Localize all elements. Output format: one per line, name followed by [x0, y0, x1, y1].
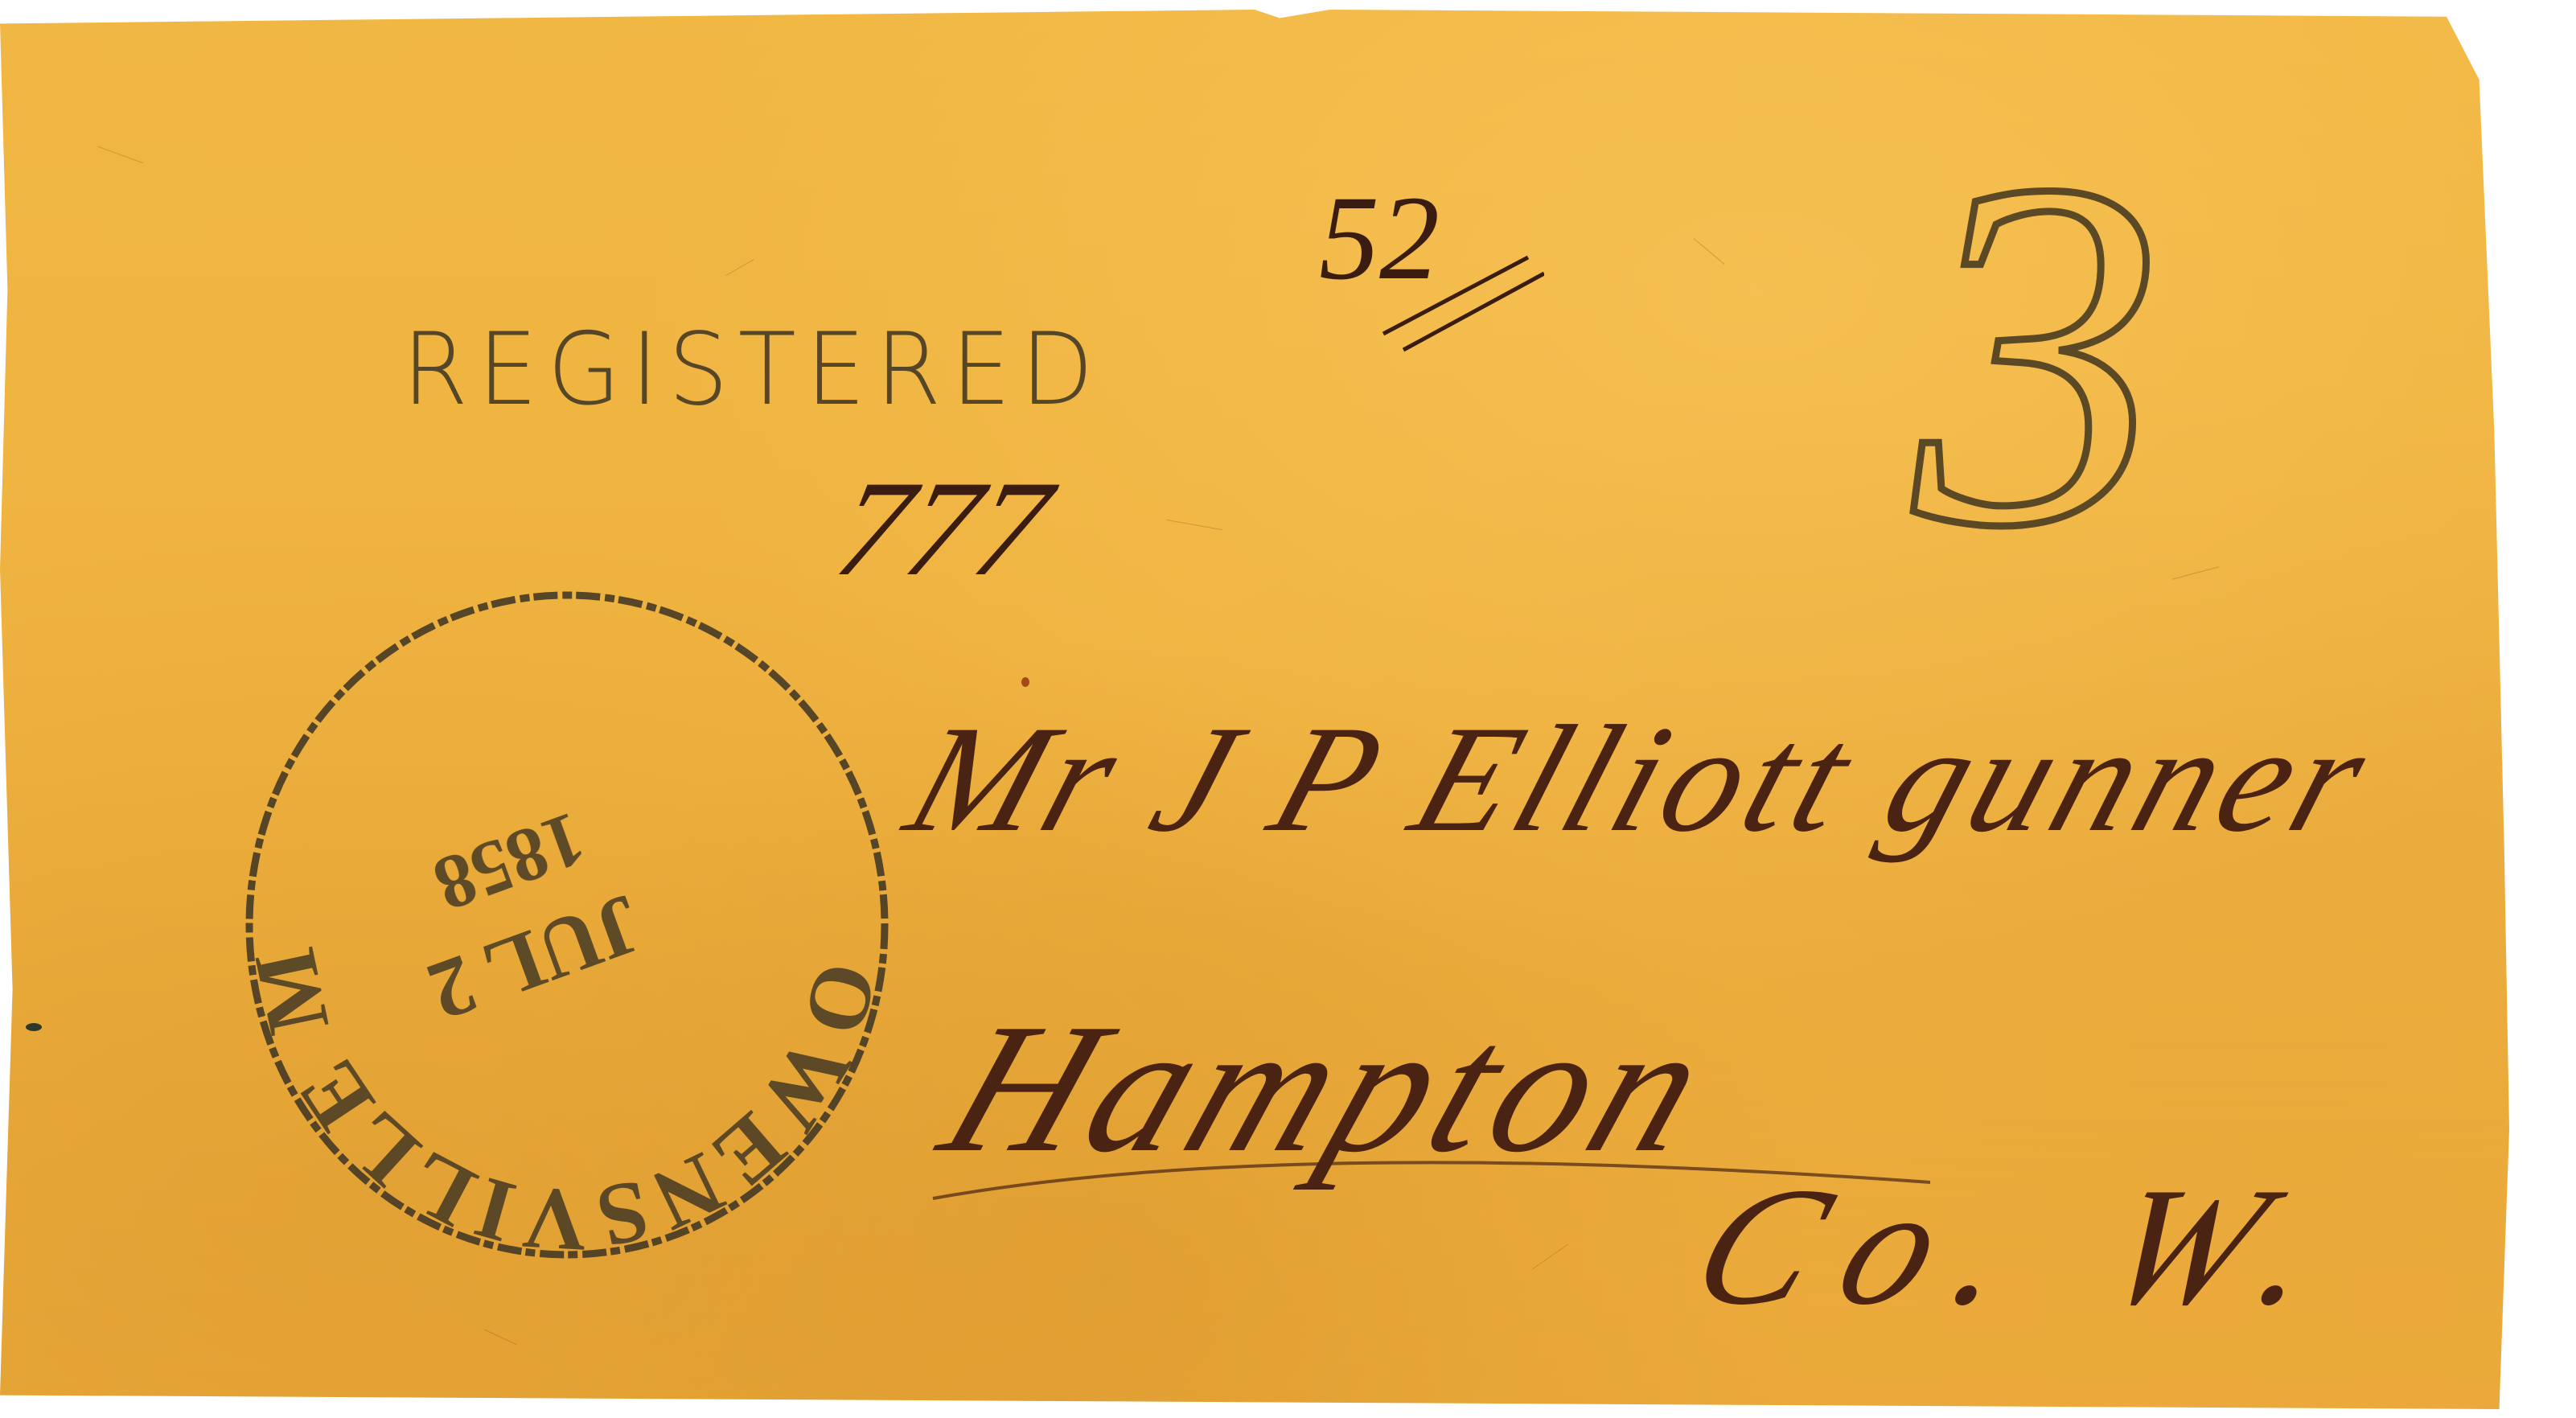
postmark-day: 2	[417, 937, 489, 1040]
paper-fiber	[484, 1330, 517, 1346]
postmark-town: OWENSVILLE	[276, 953, 897, 1271]
town-underline-flourish	[917, 1126, 1962, 1223]
address-line-addressee: Mr J P Elliott gunner	[889, 692, 2393, 867]
ledger-double-slash	[1367, 241, 1544, 354]
ink-speck	[1021, 677, 1029, 687]
registered-handstamp: REGISTERED	[402, 311, 1103, 428]
ink-speck	[26, 1023, 42, 1031]
paper-fiber	[725, 259, 754, 276]
rate-mark: 3	[1914, 105, 2163, 603]
paper-fiber	[98, 146, 144, 163]
paper-fiber	[1532, 1243, 1569, 1269]
paper-fiber	[2172, 566, 2219, 579]
postmark: OWENSVILLE MO JUL 2 1858	[233, 579, 901, 1271]
paper-fiber	[1694, 238, 1725, 265]
paper-fiber	[1166, 520, 1222, 530]
